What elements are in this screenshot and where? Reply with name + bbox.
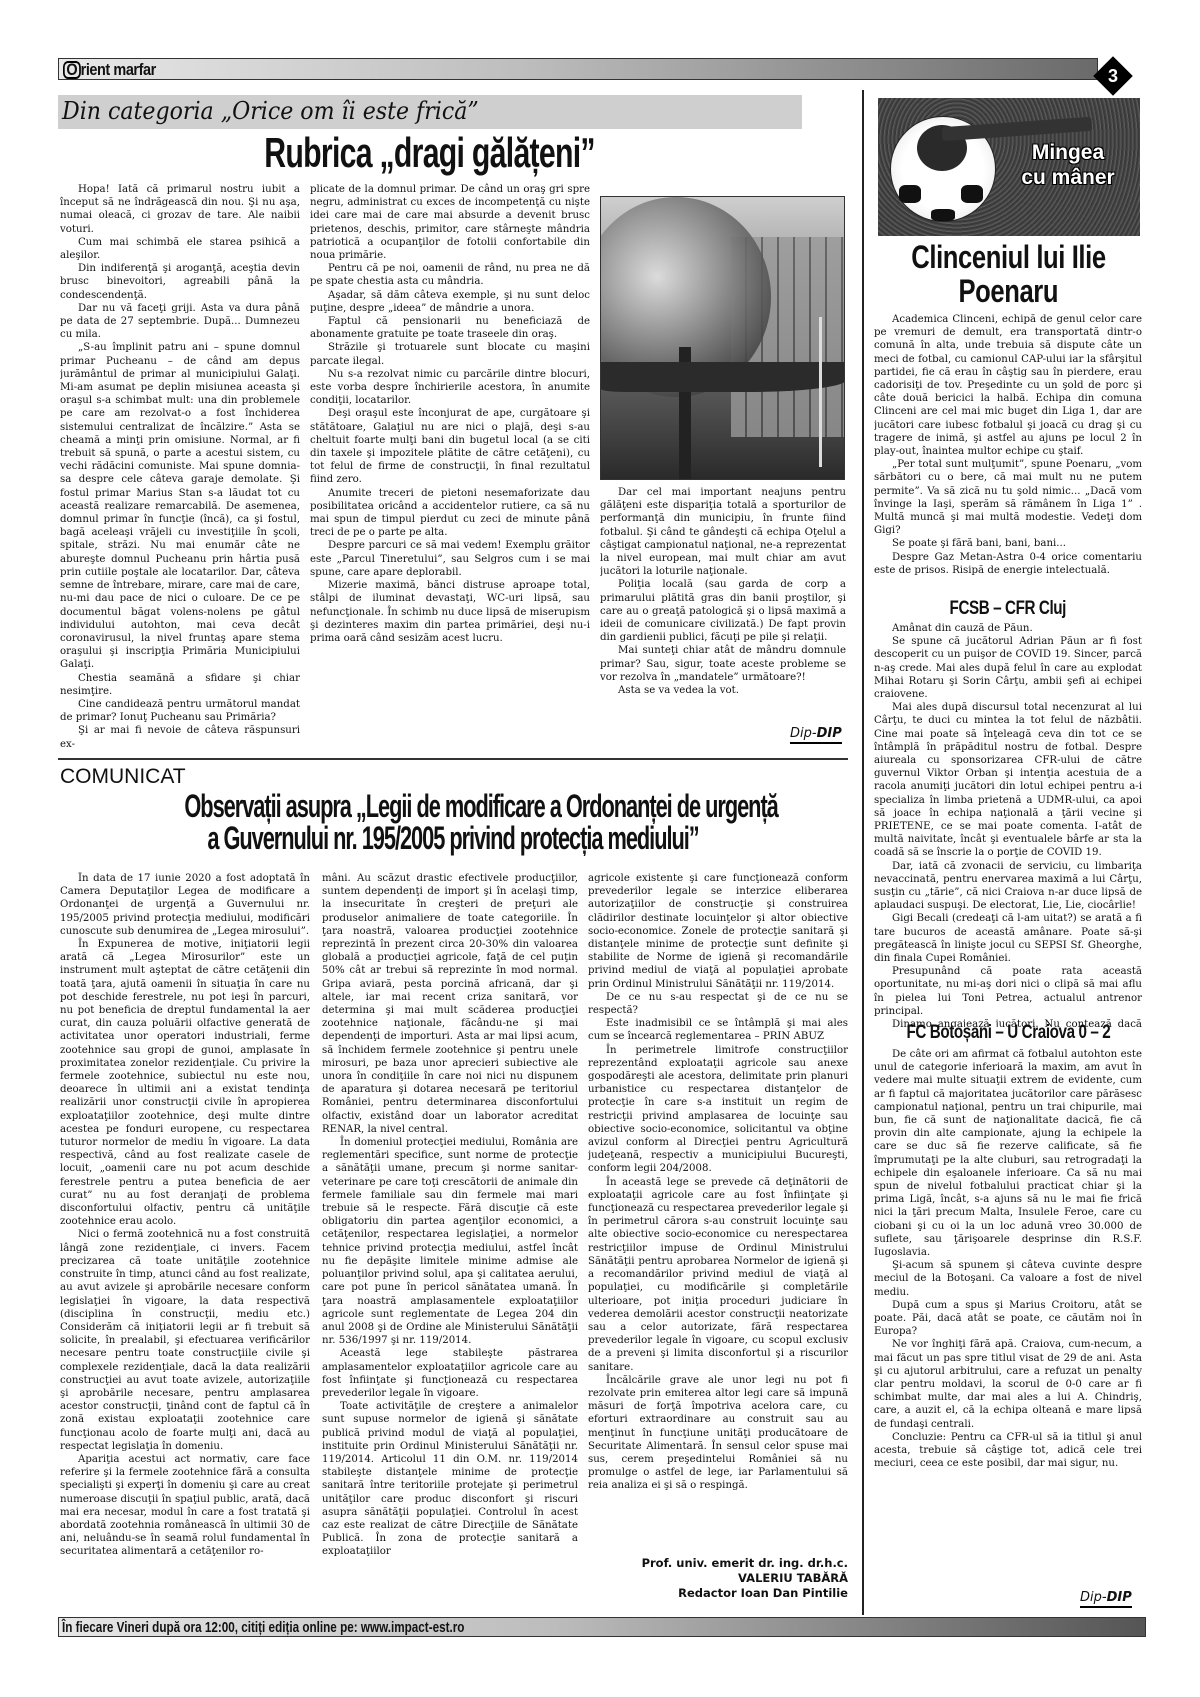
paragraph: Chestia seamănă a sfidare şi chiar nesim…: [60, 672, 300, 698]
paragraph: agricole existente şi care funcţionează …: [588, 872, 848, 991]
paragraph: Concluzie: Pentru ca CFR-ul să ia titlul…: [874, 1431, 1142, 1471]
brand-rest: rient marfar: [81, 60, 156, 79]
article1-kicker: Din categoria „Orice om îi este frică”: [62, 93, 479, 129]
article2-column-1: În data de 17 iunie 2020 a fost adoptată…: [60, 872, 310, 1612]
paragraph: În data de 17 iunie 2020 a fost adoptată…: [60, 872, 310, 938]
paragraph: De ce nu s-au respectat şi de ce nu se r…: [588, 991, 848, 1017]
paragraph: Apariţia acestui act normativ, care face…: [60, 1453, 310, 1559]
sports-headline-line2: Poenaru: [958, 274, 1058, 308]
signature-prefix: Dip-: [1080, 1590, 1107, 1605]
paragraph: Dar nu vă faceţi griji. Asta va dura pân…: [60, 302, 300, 342]
paragraph: Dar, iată că zvonacii de serviciu, cu li…: [874, 860, 1142, 913]
byline-editor: Redactor Ioan Dan Pintilie: [590, 1586, 848, 1601]
article2-headline-line2: a Guvernului nr. 195/2005 privind protec…: [184, 822, 721, 854]
paragraph: „S-au împlinit patru ani – spune domnul …: [60, 341, 300, 671]
paragraph: Deşi oraşul este înconjurat de ape, curg…: [310, 407, 590, 486]
banner-title: Mingea cu mâner: [1000, 140, 1136, 190]
paragraph: Despre Gaz Metan-Astra 0-4 orice comenta…: [874, 551, 1142, 577]
byline-author: VALERIU TABĂRĂ: [590, 1571, 848, 1586]
article2-label: COMUNICAT: [60, 765, 186, 789]
sports-section-1: Academica Clinceni, echipă de genul celo…: [874, 313, 1142, 593]
paragraph: Cum mai schimbă ele starea psihică a ale…: [60, 236, 300, 262]
paragraph: Pentru că pe noi, oamenii de rând, nu pr…: [310, 262, 590, 288]
article1-column-2: plicate de la domnul primar. De când un …: [310, 183, 590, 753]
subhead-botosani-text: FC Botoșani – U Craiova 0 – 2: [906, 1022, 1110, 1044]
subhead-fcsb-text: FCSB – CFR Cluj: [950, 598, 1066, 620]
paragraph: Hopa! Iată că primarul nostru iubit a în…: [60, 183, 300, 236]
sports-headline-line1: Clinceniul lui Ilie: [911, 240, 1105, 274]
article1-column-3: Dar cel mai important neajuns pentru găl…: [600, 486, 846, 721]
paragraph: Asta se va vedea la vot.: [600, 684, 846, 697]
city-hall-photo: [600, 196, 845, 480]
paragraph: Ne vor înghiţi fără apă. Craiova, cum-ne…: [874, 1338, 1142, 1430]
paragraph: Din indiferenţă şi aroganţă, aceştia dev…: [60, 262, 300, 302]
paragraph: În această lege se prevede că deţinători…: [588, 1176, 848, 1374]
sports-headline: Clinceniul lui Ilie Poenaru: [872, 240, 1144, 308]
paragraph: Mai sunteţi chiar atât de mândru domnule…: [600, 644, 846, 684]
byline-title: Prof. univ. emerit dr. ing. dr.h.c.: [590, 1556, 848, 1571]
flagpole: [819, 317, 822, 467]
signature-bold: DIP: [817, 726, 842, 741]
article1-headline-text: Rubrica „dragi gălățeni”: [265, 130, 596, 176]
footer-bar: În fiecare Vineri după ora 12:00, citiți…: [58, 1617, 1146, 1637]
paragraph: mâni. Au scăzut drastic efectivele produ…: [322, 872, 578, 1136]
ball-patch: [931, 209, 955, 221]
signature-prefix: Dip-: [790, 726, 817, 741]
sports-subhead-botosani: FC Botoșani – U Craiova 0 – 2: [872, 1022, 1144, 1044]
paragraph: Amânat din cauză de Păun.: [874, 622, 1142, 635]
paragraph: Academica Clinceni, echipă de genul celo…: [874, 313, 1142, 458]
paragraph: Anumite treceri de pietoni nesemaforizat…: [310, 487, 590, 540]
sports-section-2: Amânat din cauză de Păun.Se spune că juc…: [874, 622, 1142, 1027]
paragraph: Gigi Becali (credeaţi că l-am uitat?) se…: [874, 912, 1142, 965]
publication-name: Orient marfar: [63, 59, 156, 80]
sports-signature: Dip-DIP: [1080, 1590, 1132, 1608]
banner-title-line2: cu mâner: [1000, 165, 1136, 190]
banner-title-line1: Mingea: [1000, 140, 1136, 165]
paragraph: Încălcările grave ale unor legi nu pot f…: [588, 1374, 848, 1493]
paragraph: Poliţia locală (sau garda de corp a prim…: [600, 578, 846, 644]
paragraph: De câte ori am afirmat că fotbalul autoh…: [874, 1048, 1142, 1259]
paragraph: Se spune că jucătorul Adrian Păun ar fi …: [874, 635, 1142, 701]
paragraph: După cum a spus şi Marius Croitoru, atât…: [874, 1299, 1142, 1339]
paragraph: Şi ar mai fi nevoie de câteva răspunsuri…: [60, 724, 300, 750]
page-number: 3: [1099, 62, 1127, 90]
paragraph: Faptul că pensionarii nu beneficiază de …: [310, 315, 590, 341]
column-rule: [862, 90, 864, 1615]
paragraph: Cine candidează pentru următorul mandat …: [60, 698, 300, 724]
article1-column-1: Hopa! Iată că primarul nostru iubit a în…: [60, 183, 300, 753]
signature-bold: DIP: [1107, 1590, 1132, 1605]
paragraph: Această lege stabileşte păstrarea amplas…: [322, 1347, 578, 1400]
paragraph: Nu s-a rezolvat nimic cu parcările dintr…: [310, 368, 590, 408]
paragraph: Este inadmisibil ce se întâmplă şi mai a…: [588, 1017, 848, 1043]
paragraph: În Expunerea de motive, iniţiatorii legi…: [60, 938, 310, 1228]
paragraph: Străzile şi trotuarele sunt blocate cu m…: [310, 341, 590, 367]
article2-byline: Prof. univ. emerit dr. ing. dr.h.c. VALE…: [590, 1556, 848, 1601]
brand-initial: O: [63, 61, 81, 79]
ball-patch: [899, 185, 921, 203]
paragraph: Dar cel mai important neajuns pentru găl…: [600, 486, 846, 578]
article2-column-2: mâni. Au scăzut drastic efectivele produ…: [322, 872, 578, 1612]
paragraph: „Per total sunt mulţumit”, spune Poenaru…: [874, 458, 1142, 537]
entrance-canopy: [601, 362, 845, 392]
paragraph: Nici o fermă zootehnică nu a fost constr…: [60, 1228, 310, 1452]
paragraph: Presupunând că poate rata această oportu…: [874, 965, 1142, 1018]
article2-headline: Observații asupra „Legii de modificare a…: [58, 790, 848, 854]
article1-signature: Dip-DIP: [790, 726, 842, 744]
paragraph: Şi-acum să spunem şi câteva cuvinte desp…: [874, 1259, 1142, 1299]
sports-section-3: De câte ori am afirmat că fotbalul autoh…: [874, 1048, 1142, 1588]
ball-patch: [961, 185, 983, 203]
article2-column-3: agricole existente şi care funcţionează …: [588, 872, 848, 1552]
paragraph: Mai ales după discursul total necenzurat…: [874, 701, 1142, 859]
paragraph: Toate activităţile de creştere a animale…: [322, 1400, 578, 1558]
paragraph: Despre parcuri ce să mai vedem! Exemplu …: [310, 539, 590, 579]
masthead-bar: Orient marfar: [58, 58, 1098, 80]
sports-subhead-fcsb: FCSB – CFR Cluj: [872, 598, 1144, 620]
footer-online-edition-text: În fiecare Vineri după ora 12:00, citiți…: [62, 1618, 464, 1637]
paragraph: Se poate şi fără bani, bani, bani...: [874, 537, 1142, 550]
paragraph: Mizerie maximă, bănci distruse aproape t…: [310, 579, 590, 645]
paragraph: În perimetrele limitrofe construcţiilor …: [588, 1044, 848, 1176]
article2-headline-line1: Observații asupra „Legii de modificare a…: [184, 790, 721, 822]
article1-headline: Rubrica „dragi gălățeni”: [58, 130, 802, 176]
paragraph: Aşadar, să dăm câteva exemple, şi nu sun…: [310, 289, 590, 315]
section-divider: [58, 758, 848, 760]
paragraph: plicate de la domnul primar. De când un …: [310, 183, 590, 262]
paragraph: În domeniul protecţiei mediului, România…: [322, 1136, 578, 1347]
